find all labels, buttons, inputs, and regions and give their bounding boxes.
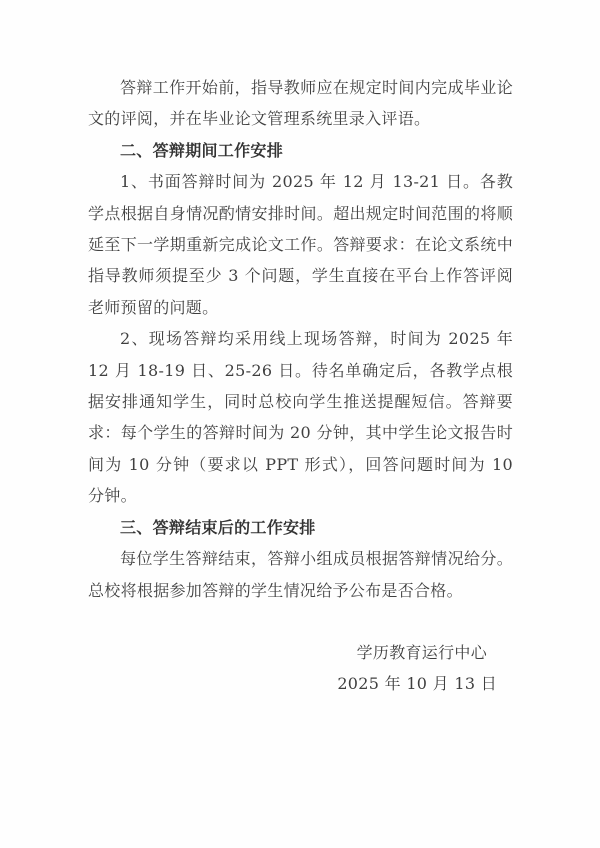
signature-block: 学历教育运行中心 2025 年 10 月 13 日	[88, 637, 513, 700]
heading-section-two: 二、答辩期间工作安排	[88, 135, 513, 166]
signature-date: 2025 年 10 月 13 日	[88, 668, 513, 699]
paragraph-pre-defense: 答辩工作开始前，指导教师应在规定时间内完成毕业论文的评阅，并在毕业论文管理系统里…	[88, 72, 513, 135]
heading-section-three: 三、答辩结束后的工作安排	[88, 512, 513, 543]
document-page: 答辩工作开始前，指导教师应在规定时间内完成毕业论文的评阅，并在毕业论文管理系统里…	[0, 0, 600, 848]
signature-org: 学历教育运行中心	[88, 637, 513, 668]
paragraph-written-defense: 1、书面答辩时间为 2025 年 12 月 13-21 日。各教学点根据自身情况…	[88, 166, 513, 323]
paragraph-live-defense: 2、现场答辩均采用线上现场答辩，时间为 2025 年 12 月 18-19 日、…	[88, 323, 513, 511]
paragraph-post-defense: 每位学生答辩结束，答辩小组成员根据答辩情况给分。总校将根据参加答辩的学生情况给予…	[88, 543, 513, 606]
